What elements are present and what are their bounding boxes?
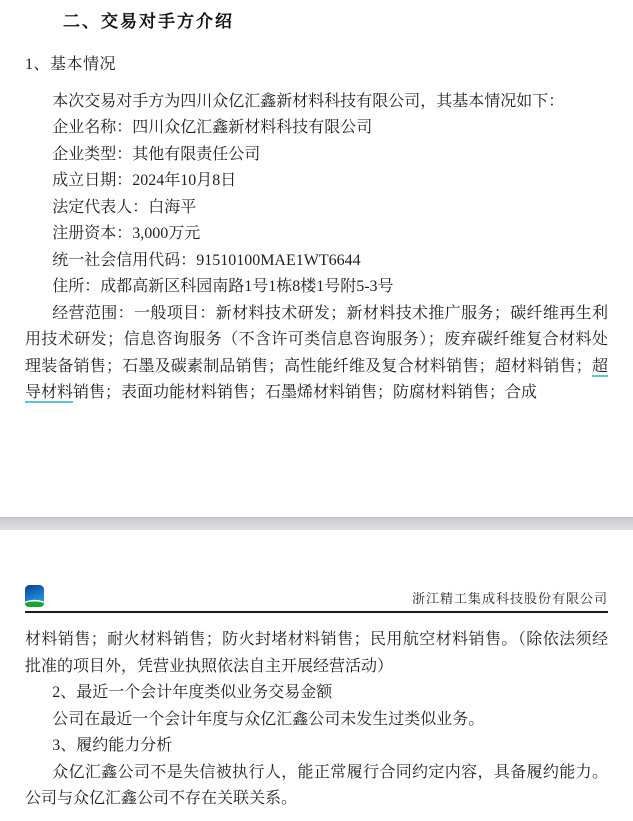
company-logo-icon xyxy=(25,585,44,607)
subsection-3-text: 众亿汇鑫公司不是失信被执行人，能正常履行合同约定内容，具备履约能力。公司与众亿汇… xyxy=(25,760,608,809)
document-page-1: 二、交易对手方介绍 1、基本情况 本次交易对手方为四川众亿汇鑫新材料科技有限公司… xyxy=(0,0,633,517)
subsection-2-text: 公司在最近一个会计年度与众亿汇鑫公司未发生过类似业务。 xyxy=(25,707,608,734)
subsection-2-heading: 2、最近一个会计年度类似业务交易金额 xyxy=(25,680,608,707)
header-company-name: 浙江精工集成科技股份有限公司 xyxy=(412,591,608,607)
field-company-name: 企业名称：四川众亿汇鑫新材料科技有限公司 xyxy=(25,115,608,142)
section-heading: 二、交易对手方介绍 xyxy=(63,10,608,34)
business-scope-text-before: 经营范围：一般项目：新材料技术研发；新材料技术推广服务；碳纤维再生利用技术研发；… xyxy=(25,305,608,375)
header-rule xyxy=(25,611,608,613)
business-scope-continuation: 材料销售；耐火材料销售；防火封堵材料销售；民用航空材料销售。（除依法须经批准的项… xyxy=(25,627,608,680)
field-company-type: 企业类型：其他有限责任公司 xyxy=(25,142,608,169)
field-address: 住所：成都高新区科园南路1号1栋8楼1号附5-3号 xyxy=(25,274,608,301)
counterparty-intro-paragraph: 本次交易对手方为四川众亿汇鑫新材料科技有限公司，其基本情况如下： xyxy=(25,89,608,116)
subsection-3-heading: 3、履约能力分析 xyxy=(25,733,608,760)
document-viewer: 二、交易对手方介绍 1、基本情况 本次交易对手方为四川众亿汇鑫新材料科技有限公司… xyxy=(0,0,633,821)
page-header: 浙江精工集成科技股份有限公司 xyxy=(25,585,608,607)
subsection-1-heading: 1、基本情况 xyxy=(25,52,608,79)
business-scope-paragraph: 经营范围：一般项目：新材料技术研发；新材料技术推广服务；碳纤维再生利用技术研发；… xyxy=(25,301,608,407)
field-registered-capital: 注册资本：3,000万元 xyxy=(25,221,608,248)
page-separator xyxy=(0,517,633,530)
field-establish-date: 成立日期：2024年10月8日 xyxy=(25,168,608,195)
field-credit-code: 统一社会信用代码：91510100MAE1WT6644 xyxy=(25,248,608,275)
field-legal-representative: 法定代表人：白海平 xyxy=(25,195,608,222)
business-scope-text-after: 销售；表面功能材料销售；石墨烯材料销售；防腐材料销售；合成 xyxy=(73,384,537,401)
document-page-2: 浙江精工集成科技股份有限公司 材料销售；耐火材料销售；防火封堵材料销售；民用航空… xyxy=(0,530,633,808)
page-2-body: 材料销售；耐火材料销售；防火封堵材料销售；民用航空材料销售。（除依法须经批准的项… xyxy=(25,627,608,808)
